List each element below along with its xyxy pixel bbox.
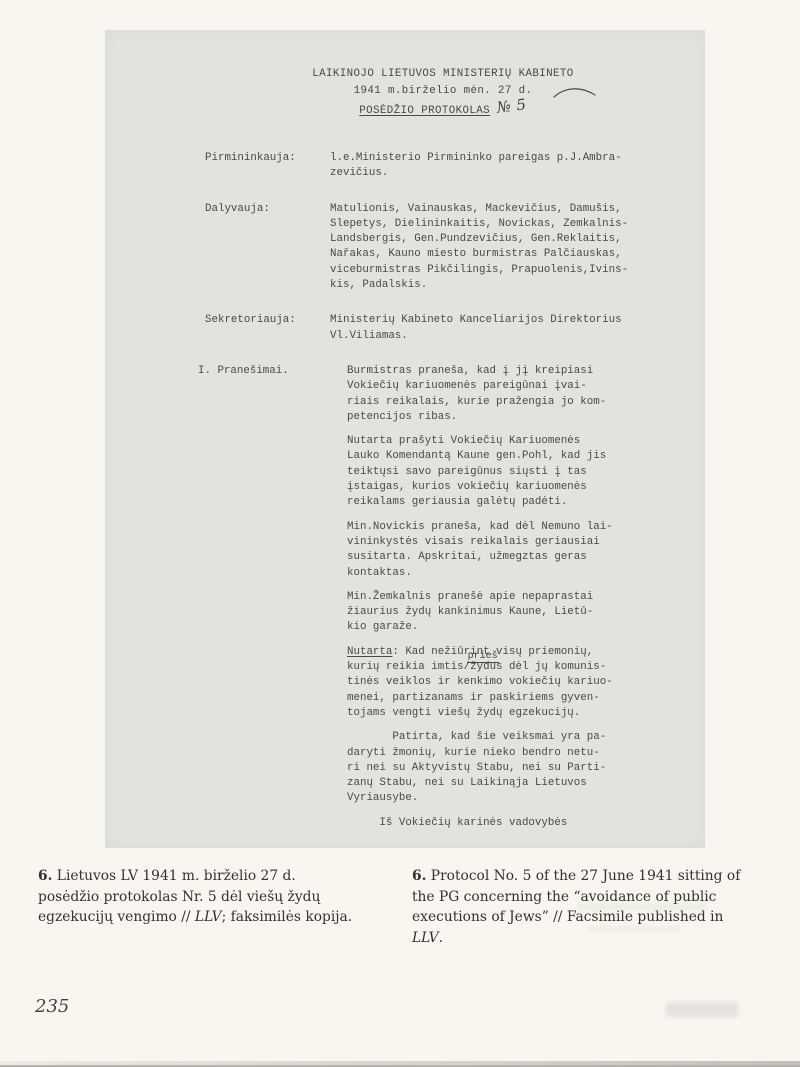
typed-line: Min.Žemkalnis pranešė apie nepaprastai — [347, 590, 677, 605]
typed-line: ri nei su Aktyvistų Stabu, nei su Parti- — [347, 761, 677, 776]
typed-line: Ministerių Kabineto Kanceliarijos Direkt… — [330, 313, 660, 328]
typed-paragraph: Nutarta prašyti Vokiečių KariuomenėsLauk… — [347, 434, 677, 510]
typed-line: kio garaže. — [347, 620, 677, 635]
row-pirmininkauja: Pirmininkauja: l.e.Ministerio Pirmininko… — [105, 151, 705, 191]
typed-line: petencijos ribas. — [347, 410, 677, 425]
typed-line: Lauko Komendantą Kaune gen.Pohl, kad jis — [347, 449, 677, 464]
typed-line: kis, Padalskis. — [330, 278, 660, 293]
typed-paragraph: l.e.Ministerio Pirmininko pareigas p.J.A… — [330, 151, 660, 182]
nutarta-rest-lines: tinės veiklos ir kenkimo vokiečių kariuo… — [347, 675, 677, 721]
typed-paragraph: Ministerių Kabineto Kanceliarijos Direkt… — [330, 313, 660, 344]
caption-lithuanian: 6. Lietuvos LV 1941 m. birželio 27 d. po… — [38, 866, 360, 928]
book-page: LAIKINOJO LIETUVOS MINISTERIŲ KABINETO 1… — [0, 0, 800, 1067]
show-through-ghost-text — [578, 903, 706, 911]
facsimile-document: LAIKINOJO LIETUVOS MINISTERIŲ KABINETO 1… — [105, 30, 705, 848]
document-body: Pirmininkauja: l.e.Ministerio Pirmininko… — [105, 151, 705, 831]
row-pranesimai: I. Pranešimai. Burmistras praneša, kad į… — [105, 364, 705, 831]
typed-paragraph: Matulionis, Vainauskas, Mackevičius, Dam… — [330, 202, 660, 294]
header-date-line: 1941 m.birželio mėn. 27 d. — [223, 83, 663, 100]
caption-tail: . — [439, 930, 443, 946]
typed-line: susitarta. Apskritai, užmegztas geras — [347, 550, 677, 565]
caption-number: 6. — [412, 868, 426, 884]
nutarta-line2-a: kurių reikia imtis — [347, 661, 464, 673]
row-label: Pirmininkauja: — [205, 151, 330, 191]
typed-line: Nutarta prašyti Vokiečių Kariuomenės — [347, 434, 677, 449]
row-content: l.e.Ministerio Pirmininko pareigas p.J.A… — [330, 151, 660, 191]
handwritten-insertion: prieš — [467, 652, 499, 663]
header-protocol-line: POSĖDŽIO PROTOKOLAS№ 5 — [223, 100, 663, 117]
caption-source: LLV — [412, 930, 439, 946]
caption-body: Protocol No. 5 of the 27 June 1941 sitti… — [412, 868, 740, 925]
typed-line: viceburmistras Pikčilingis, Prapuolenis,… — [330, 263, 660, 278]
typed-paragraph: Min.Novickis praneša, kad dėl Nemuno lai… — [347, 520, 677, 581]
typed-line: Matulionis, Vainauskas, Mackevičius, Dam… — [330, 202, 660, 217]
typed-line: Landsbergis, Gen.Pundzevičius, Gen.Rekla… — [330, 232, 660, 247]
typed-line: kontaktas. — [347, 566, 677, 581]
nutarta-label: Nutarta — [347, 646, 392, 658]
row-label: I. Pranešimai. — [198, 364, 347, 831]
typed-line: zanų Stabu, nei su Laikinąja Lietuvos — [347, 776, 677, 791]
handwritten-protocol-number: № 5 — [496, 96, 528, 116]
typed-line: Nutarta: Kad nežiūrint visų priemonių, — [347, 645, 677, 660]
typed-line: vininkystės visais reikalais geriausiai — [347, 535, 677, 550]
typed-line: tojams vengti viešų žydų egzekucijų. — [347, 706, 677, 721]
typed-line: žiaurius žydų kankinimus Kaune, Lietū- — [347, 605, 677, 620]
closing-line: Iš Vokiečių karinės vadovybės — [347, 816, 677, 831]
caption-number: 6. — [38, 868, 52, 884]
typed-line: riais reikalais, kurie pražengia jo kom- — [347, 395, 677, 410]
typed-line: menei, partizanams ir paskiriems gyven- — [347, 691, 677, 706]
typed-paragraph: Min.Žemkalnis pranešė apie nepaprastaiži… — [347, 590, 677, 636]
typed-line: reikalams geriausia galėtų padėti. — [347, 495, 677, 510]
row-content: Burmistras praneša, kad į jį kreipiasiVo… — [347, 364, 677, 831]
typed-line: Vokiečių kariuomenės pareigūnai įvai- — [347, 379, 677, 394]
typed-line: Slepetys, Dielininkaitis, Novickas, Zemk… — [330, 217, 660, 232]
typed-line: Patirta, kad šie veiksmai yra pa- — [347, 730, 677, 745]
protocol-title: POSĖDŽIO PROTOKOLAS — [359, 105, 490, 117]
patirta-paragraph: Patirta, kad šie veiksmai yra pa-daryti … — [347, 730, 677, 806]
typed-line: Vyriausybe. — [347, 791, 677, 806]
typed-line: Burmistras praneša, kad į jį kreipiasi — [347, 364, 677, 379]
typed-line: zevičius. — [330, 166, 660, 181]
nutarta-paragraph: Nutarta: Kad nežiūrint visų priemonių, k… — [347, 645, 677, 721]
row-label: Sekretoriauja: — [205, 313, 330, 353]
typed-line: teiktųsi savo pareigūnus siųsti į tas — [347, 465, 677, 480]
scan-smudge — [666, 1002, 738, 1017]
typed-line: įstaigas, kurios vokiečių kariuomenės — [347, 480, 677, 495]
document-header: LAIKINOJO LIETUVOS MINISTERIŲ KABINETO 1… — [223, 66, 663, 117]
nutarta-line2-c: dėl jų komunis- — [503, 661, 607, 673]
typed-line: daryti žmonių, kurie nieko bendro netu- — [347, 746, 677, 761]
typed-paragraph: Burmistras praneša, kad į jį kreipiasiVo… — [347, 364, 677, 425]
row-dalyvauja: Dalyvauja: Matulionis, Vainauskas, Macke… — [105, 202, 705, 303]
typed-line: kurių reikia imtisprieš/žydus dėl jų kom… — [347, 660, 677, 675]
typed-line: tinės veiklos ir kenkimo vokiečių kariuo… — [347, 675, 677, 690]
show-through-ghost-text — [588, 925, 680, 933]
typed-line: Vl.Viliamas. — [330, 329, 660, 344]
row-content: Ministerių Kabineto Kanceliarijos Direkt… — [330, 313, 660, 353]
caption-tail: ; faksimilės kopija. — [222, 909, 353, 925]
header-date-text: 1941 m.birželio mėn. 27 d. — [354, 85, 533, 97]
page-number: 235 — [35, 996, 69, 1017]
pranesimai-paragraphs: Burmistras praneša, kad į jį kreipiasiVo… — [347, 364, 677, 636]
typed-line: l.e.Ministerio Pirmininko pareigas p.J.A… — [330, 151, 660, 166]
scan-edge — [0, 1061, 800, 1067]
row-content: Matulionis, Vainauskas, Mackevičius, Dam… — [330, 202, 660, 303]
caption-source: LLV — [195, 909, 222, 925]
header-title-line: LAIKINOJO LIETUVOS MINISTERIŲ KABINETO — [223, 66, 663, 83]
insertion-anchor: prieš/žydus — [464, 661, 503, 673]
typed-line: Min.Novickis praneša, kad dėl Nemuno lai… — [347, 520, 677, 535]
row-label: Dalyvauja: — [205, 202, 330, 303]
typed-line: Nařakas, Kauno miesto burmistras Palčiau… — [330, 247, 660, 262]
row-sekretoriauja: Sekretoriauja: Ministerių Kabineto Kance… — [105, 313, 705, 353]
